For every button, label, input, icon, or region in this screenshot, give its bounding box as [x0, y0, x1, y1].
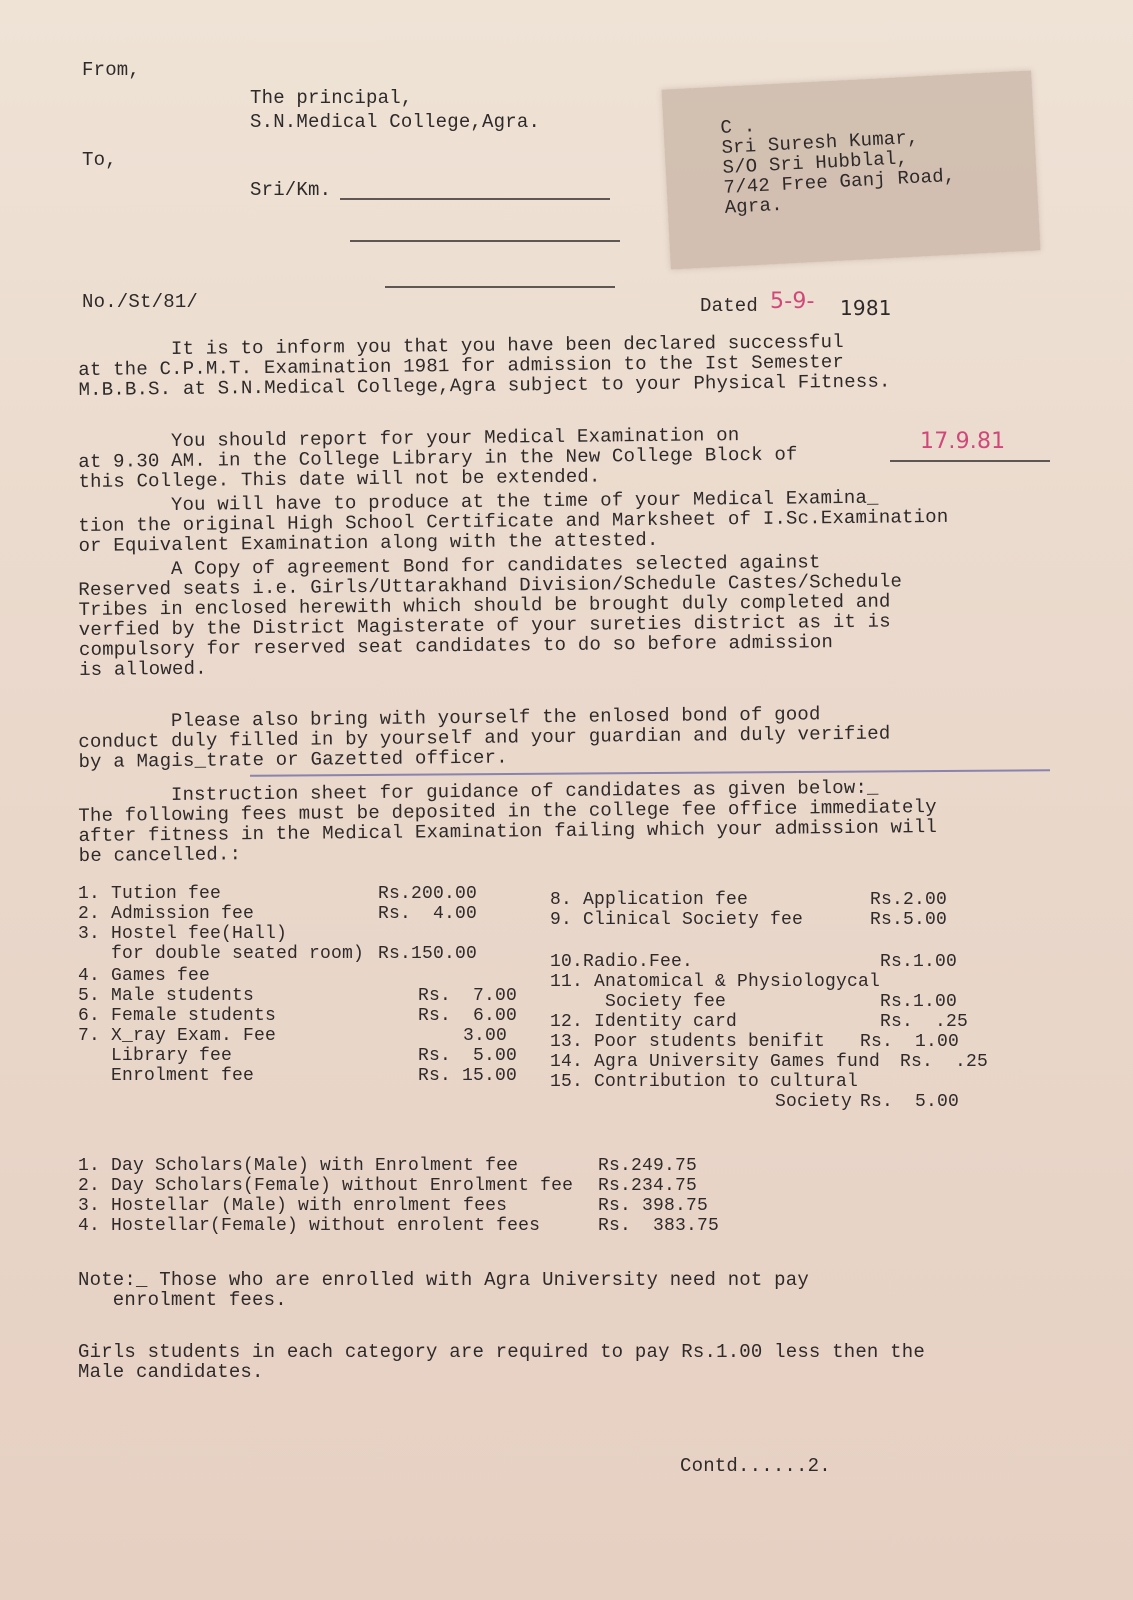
paragraph-result: It is to inform you that you have been d…: [78, 331, 891, 400]
paragraph-medical-exam: You should report for your Medical Exami…: [78, 424, 798, 492]
fee-label: 15. Contribution to cultural: [550, 1072, 858, 1092]
paragraph-documents: You will have to produce at the time of …: [78, 487, 949, 556]
to-label: To,: [82, 150, 117, 170]
exam-date-handwritten: 17.9.81: [920, 432, 1005, 452]
fee-label: for double seated room): [78, 944, 364, 964]
note2-line-2: Male candidates.: [78, 1362, 925, 1382]
total-amount: Rs.249.75: [598, 1156, 697, 1176]
exam-date-underline: [890, 460, 1050, 462]
fee-label: 9. Clinical Society fee: [550, 910, 803, 930]
address-blank-line-3: [385, 286, 615, 288]
fee-amount: Rs. .25: [900, 1052, 988, 1072]
fee-label: 14. Agra University Games fund: [550, 1052, 880, 1072]
note1-line-2: enrolment fees.: [78, 1290, 809, 1310]
address-blank-line-1: [340, 198, 610, 200]
fee-amount: Rs. 5.00: [860, 1092, 959, 1112]
fee-amount: Rs. 7.00: [418, 986, 517, 1006]
fee-label: 8. Application fee: [550, 890, 748, 910]
reference-number: No./St/81/: [82, 292, 198, 312]
paragraph-good-conduct-bond: Please also bring with yourself the enlo…: [78, 703, 891, 772]
address-blank-line-2: [350, 240, 620, 242]
dated-handwritten: 5-9-: [770, 292, 815, 312]
fee-amount: Rs.200.00: [378, 884, 477, 904]
fee-label: 5. Male students: [78, 986, 254, 1006]
fee-label: Society: [720, 1092, 852, 1112]
paragraph-fee-instructions: Instruction sheet for guidance of candid…: [78, 777, 937, 866]
total-label: 1. Day Scholars(Male) with Enrolment fee: [78, 1156, 518, 1176]
from-line-1: The principal,: [250, 88, 412, 108]
total-label: 2. Day Scholars(Female) without Enrolmen…: [78, 1176, 573, 1196]
fee-amount: Rs. 15.00: [418, 1066, 517, 1086]
note2-line-1: Girls students in each category are requ…: [78, 1342, 925, 1362]
note1-line-1: Note:_ Those who are enrolled with Agra …: [78, 1270, 809, 1290]
fee-label: 12. Identity card: [550, 1012, 737, 1032]
fee-label: 13. Poor students benifit: [550, 1032, 825, 1052]
fee-amount: Rs.1.00: [880, 992, 957, 1012]
fee-label: 2. Admission fee: [78, 904, 254, 924]
fee-amount: Rs. 4.00: [378, 904, 477, 924]
paragraph-agreement-bond: A Copy of agreement Bond for candidates …: [78, 551, 903, 680]
total-amount: Rs. 398.75: [598, 1196, 708, 1216]
fee-label: Society fee: [550, 992, 726, 1012]
continued-marker: Contd......2.: [680, 1456, 831, 1476]
fee-amount: Rs.1.00: [880, 952, 957, 972]
fee-amount: Rs. 6.00: [418, 1006, 517, 1026]
from-label: From,: [82, 60, 140, 80]
fee-label: Library fee: [78, 1046, 232, 1066]
dated-year: 1981: [840, 298, 892, 318]
fee-amount: Rs. 1.00: [860, 1032, 959, 1052]
fee-amount: 3.00: [463, 1026, 507, 1046]
fee-label: 11. Anatomical & Physiologycal: [550, 972, 880, 992]
address-slip-text: C . Sri Suresh Kumar, S/O Sri Hubblal, 7…: [720, 106, 957, 218]
fee-label: 10.Radio.Fee.: [550, 952, 693, 972]
fee-amount: Rs. 5.00: [418, 1046, 517, 1066]
pen-underline: [250, 769, 1050, 777]
from-line-2: S.N.Medical College,Agra.: [250, 112, 540, 132]
total-amount: Rs.234.75: [598, 1176, 697, 1196]
fee-label: 3. Hostel fee(Hall): [78, 924, 287, 944]
fee-amount: Rs. .25: [880, 1012, 968, 1032]
fee-label: 6. Female students: [78, 1006, 276, 1026]
fee-label: 7. X_ray Exam. Fee: [78, 1026, 276, 1046]
total-amount: Rs. 383.75: [598, 1216, 719, 1236]
fee-amount: Rs.150.00: [378, 944, 477, 964]
fee-label: 4. Games fee: [78, 966, 210, 986]
fee-amount: Rs.5.00: [870, 910, 947, 930]
letter-page: From, The principal, S.N.Medical College…: [0, 0, 1133, 1600]
fee-label: Enrolment fee: [78, 1066, 254, 1086]
dated-label: Dated: [700, 296, 758, 316]
total-label: 3. Hostellar (Male) with enrolment fees: [78, 1196, 507, 1216]
note-enrolment: Note:_ Those who are enrolled with Agra …: [78, 1270, 809, 1310]
total-label: 4. Hostellar(Female) without enrolent fe…: [78, 1216, 540, 1236]
to-salutation: Sri/Km.: [250, 180, 331, 200]
fee-amount: Rs.2.00: [870, 890, 947, 910]
fee-label: 1. Tution fee: [78, 884, 221, 904]
note-girls-students: Girls students in each category are requ…: [78, 1342, 925, 1382]
